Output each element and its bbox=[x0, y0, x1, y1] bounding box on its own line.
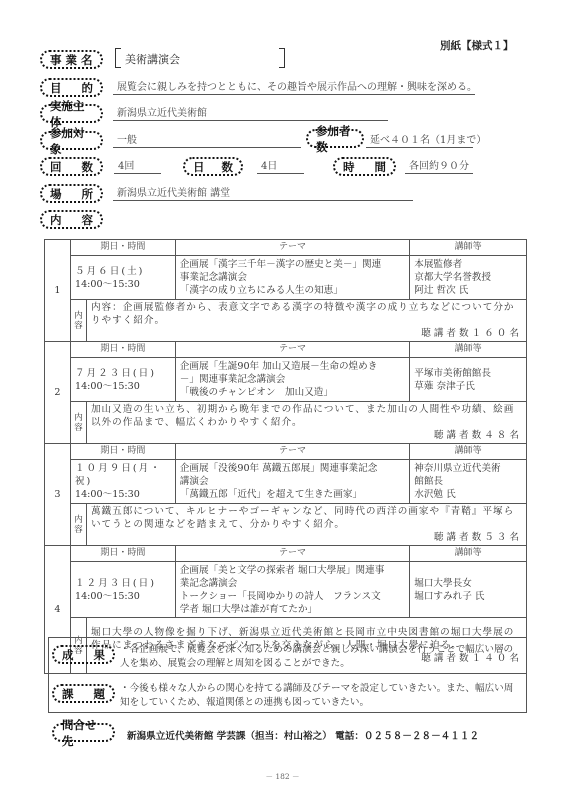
header-date: 期日・時間 bbox=[70, 342, 175, 358]
content-cell: 萬鐵五郎について、キルヒナーやゴーギャンなど、同時代の西洋の画家や『青鞜』平塚ら… bbox=[86, 504, 526, 546]
header-date: 期日・時間 bbox=[70, 546, 175, 562]
contact-text: 新潟県立近代美術館 学芸課（担当：村山裕之） 電話：０２５８－２８－４１１２ bbox=[127, 728, 479, 742]
header-lecturer: 講師等 bbox=[410, 546, 527, 562]
theme-line: 業記念講演会 bbox=[180, 577, 405, 590]
issues-label: 課題 bbox=[52, 684, 115, 703]
table-row: １２月３日(日)14:00～15:30 企画展「美と文学の探索者 堀口大學展」関… bbox=[45, 562, 527, 618]
duration-value: 各回約９０分 bbox=[405, 159, 473, 174]
content-text: 加山又造の生い立ち、初期から晩年までの作品について、また加山の人間性や功績、絵画… bbox=[91, 403, 522, 429]
content-row: 内容 加山又造の生い立ち、初期から晩年までの作品について、また加山の人間性や功績… bbox=[45, 402, 527, 444]
row-number: 3 bbox=[45, 444, 71, 546]
lecturer-cell: 平塚市美術館館長草薙 奈津子氏 bbox=[410, 358, 527, 402]
audience-count: 聴講者数５３名 bbox=[91, 531, 522, 544]
header-theme: テーマ bbox=[175, 546, 409, 562]
lecturer-line: 館館長 bbox=[414, 475, 522, 488]
days-value: 4日 bbox=[257, 159, 304, 174]
target-label: 参加対象 bbox=[40, 131, 103, 150]
theme-line: 企画展「没後90年 萬鐵五郎展」関連事業記念 bbox=[180, 462, 405, 475]
header-theme: テーマ bbox=[175, 444, 409, 460]
contact-label: 問合せ先 bbox=[52, 723, 115, 742]
lecturer-line: 阿辻 哲次 氏 bbox=[414, 284, 522, 297]
lecturer-line: 神奈川県立近代美術 bbox=[414, 462, 522, 475]
header-date: 期日・時間 bbox=[70, 444, 175, 460]
lecturer-line: 堀口すみれ子 氏 bbox=[414, 590, 522, 603]
table-row: ５月６日(土)14:00～15:30 企画展「漢字三千年－漢字の歴史と美－」関連… bbox=[45, 256, 527, 300]
participants-label: 参加者数 bbox=[306, 129, 364, 148]
content-text: 萬鐵五郎について、キルヒナーやゴーギャンなど、同時代の西洋の画家や『青鞜』平塚ら… bbox=[91, 505, 522, 531]
header-theme: テーマ bbox=[175, 240, 409, 256]
days-label: 日数 bbox=[183, 157, 243, 176]
theme-line: 「戦後のチャンピオン 加山又造」 bbox=[180, 386, 405, 399]
content-label: 内容 bbox=[40, 210, 103, 229]
header-theme: テーマ bbox=[175, 342, 409, 358]
form-label: 別紙【様式１】 bbox=[440, 38, 514, 53]
participants-value: 延べ４０１名（1月まで） bbox=[366, 133, 473, 148]
theme-line: 講演会 bbox=[180, 475, 405, 488]
event-name-value: 美術講演会 bbox=[125, 51, 180, 67]
lecturer-cell: 本展監修者京都大学名誉教授阿辻 哲次 氏 bbox=[410, 256, 527, 300]
date-text: １０月９日(月・祝) bbox=[75, 462, 171, 488]
theme-line: トークショー「長岡ゆかりの詩人 フランス文 bbox=[180, 590, 405, 603]
theme-line: －」関連事業記念講演会 bbox=[180, 373, 405, 386]
content-row: 内容 萬鐵五郎について、キルヒナーやゴーギャンなど、同時代の西洋の画家や『青鞜』… bbox=[45, 504, 527, 546]
date-cell: １２月３日(日)14:00～15:30 bbox=[70, 562, 175, 618]
time-text: 14:00～15:30 bbox=[75, 278, 171, 291]
page-number: － 182 － bbox=[0, 771, 565, 782]
issues-text: ・今後も様々な人からの関心を持てる講師及びテーマを設定していきたい。また、幅広い… bbox=[120, 682, 522, 710]
sessions-value: 4回 bbox=[114, 159, 161, 174]
theme-cell: 企画展「生誕90年 加山又造展－生命の煌めき－」関連事業記念講演会「戦後のチャン… bbox=[175, 358, 409, 402]
lecturer-line: 平塚市美術館館長 bbox=[414, 367, 522, 380]
content-row-label: 内容 bbox=[70, 300, 86, 342]
content-cell: 内容：企画展監修者から、表意文字である漢字の特徴や漢字の成り立ちなどについて分か… bbox=[86, 300, 526, 342]
lecturer-line: 堀口大學長女 bbox=[414, 577, 522, 590]
lecturer-line: 草薙 奈津子氏 bbox=[414, 380, 522, 393]
theme-line: 学者 堀口大學は誰が育てたか」 bbox=[180, 603, 405, 616]
lecturer-line: 水沢勉 氏 bbox=[414, 488, 522, 501]
theme-line: 事業記念講演会 bbox=[180, 271, 405, 284]
results-label: 成果 bbox=[52, 645, 115, 664]
content-text: 内容：企画展監修者から、表意文字である漢字の特徴や漢字の成り立ちなどについて分か… bbox=[91, 301, 522, 327]
results-text: ・各企画展で、展覧会を深く知るための講演会と親しみ深い講演会を行うことで幅広い層… bbox=[120, 643, 522, 671]
purpose-label: 目的 bbox=[40, 78, 103, 97]
audience-count: 聴講者数１６０名 bbox=[91, 327, 522, 340]
table-row: １０月９日(月・祝)14:00～15:30 企画展「没後90年 萬鐵五郎展」関連… bbox=[45, 460, 527, 504]
event-name-label: 事 業 名 bbox=[40, 50, 103, 69]
theme-cell: 企画展「美と文学の探索者 堀口大學展」関連事業記念講演会トークショー「長岡ゆかり… bbox=[175, 562, 409, 618]
theme-line: 企画展「美と文学の探索者 堀口大學展」関連事 bbox=[180, 564, 405, 577]
table-row: ７月２３日(日)14:00～15:30 企画展「生誕90年 加山又造展－生命の煌… bbox=[45, 358, 527, 402]
content-row-label: 内容 bbox=[70, 402, 86, 444]
venue-value: 新潟県立近代美術館 講堂 bbox=[113, 186, 413, 201]
content-row: 内容 内容：企画展監修者から、表意文字である漢字の特徴や漢字の成り立ちなどについ… bbox=[45, 300, 527, 342]
organizer-label: 実施主体 bbox=[40, 104, 103, 123]
lecturer-cell: 神奈川県立近代美術館館長水沢勉 氏 bbox=[410, 460, 527, 504]
target-value: 一般 bbox=[113, 133, 301, 148]
date-text: ５月６日(土) bbox=[75, 265, 171, 278]
table-header-row: 2 期日・時間 テーマ 講師等 bbox=[45, 342, 527, 358]
date-text: ７月２３日(日) bbox=[75, 367, 171, 380]
organizer-value: 新潟県立近代美術館 bbox=[113, 106, 388, 121]
row-number: 2 bbox=[45, 342, 71, 444]
header-lecturer: 講師等 bbox=[410, 444, 527, 460]
date-cell: ５月６日(土)14:00～15:30 bbox=[70, 256, 175, 300]
sessions-label: 回数 bbox=[40, 157, 103, 176]
duration-label: 時間 bbox=[333, 157, 396, 176]
purpose-value: 展覧会に親しみを持つとともに、その趣旨や展示作品への理解・興味を深める。 bbox=[113, 80, 475, 95]
theme-line: 企画展「生誕90年 加山又造展－生命の煌めき bbox=[180, 360, 405, 373]
date-cell: ７月２３日(日)14:00～15:30 bbox=[70, 358, 175, 402]
audience-count: 聴講者数４８名 bbox=[91, 429, 522, 442]
lecturer-line: 本展監修者 bbox=[414, 258, 522, 271]
event-name-value-box: 美術講演会 bbox=[115, 48, 285, 68]
theme-line: 「漢字の成り立ちにみる人生の知恵」 bbox=[180, 284, 405, 297]
theme-line: 「萬鐵五郎「近代」を超えて生きた画家」 bbox=[180, 488, 405, 501]
time-text: 14:00～15:30 bbox=[75, 488, 171, 501]
lecture-table: 1 期日・時間 テーマ 講師等 ５月６日(土)14:00～15:30 企画展「漢… bbox=[44, 239, 527, 674]
venue-label: 場所 bbox=[40, 184, 103, 203]
header-lecturer: 講師等 bbox=[410, 342, 527, 358]
content-cell: 加山又造の生い立ち、初期から晩年までの作品について、また加山の人間性や功績、絵画… bbox=[86, 402, 526, 444]
table-header-row: 4 期日・時間 テーマ 講師等 bbox=[45, 546, 527, 562]
lecturer-line: 京都大学名誉教授 bbox=[414, 271, 522, 284]
header-date: 期日・時間 bbox=[70, 240, 175, 256]
time-text: 14:00～15:30 bbox=[75, 590, 171, 603]
content-row-label: 内容 bbox=[70, 504, 86, 546]
theme-line: 企画展「漢字三千年－漢字の歴史と美－」関連 bbox=[180, 258, 405, 271]
time-text: 14:00～15:30 bbox=[75, 380, 171, 393]
theme-cell: 企画展「漢字三千年－漢字の歴史と美－」関連事業記念講演会「漢字の成り立ちにみる人… bbox=[175, 256, 409, 300]
header-lecturer: 講師等 bbox=[410, 240, 527, 256]
date-cell: １０月９日(月・祝)14:00～15:30 bbox=[70, 460, 175, 504]
row-number: 1 bbox=[45, 240, 71, 342]
table-header-row: 1 期日・時間 テーマ 講師等 bbox=[45, 240, 527, 256]
date-text: １２月３日(日) bbox=[75, 577, 171, 590]
lecturer-cell: 堀口大學長女堀口すみれ子 氏 bbox=[410, 562, 527, 618]
theme-cell: 企画展「没後90年 萬鐵五郎展」関連事業記念講演会「萬鐵五郎「近代」を超えて生き… bbox=[175, 460, 409, 504]
table-header-row: 3 期日・時間 テーマ 講師等 bbox=[45, 444, 527, 460]
